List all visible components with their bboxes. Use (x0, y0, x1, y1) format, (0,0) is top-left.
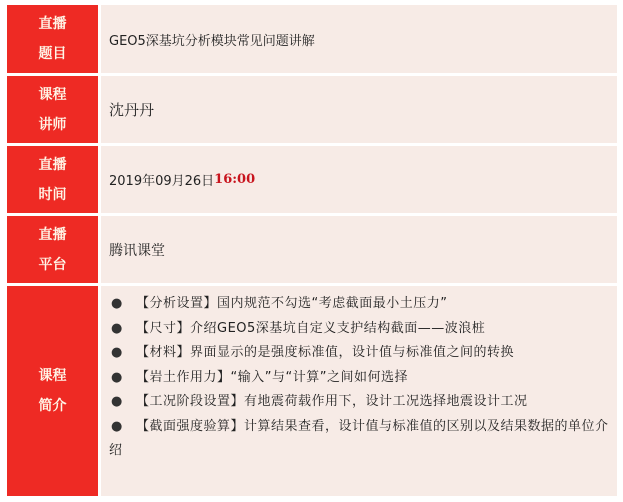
list-item: ●【尺寸】介绍GEO5深基坑自定义支护结构截面——波浪桩 (109, 317, 617, 342)
row-course-intro: 课程 简介 ●【分析设置】国内规范不勾选“考虑截面最小土压力” ●【尺寸】介绍G… (7, 286, 617, 496)
label-text: 简介 (39, 391, 67, 421)
live-date: 2019年09月26日 (109, 170, 214, 189)
row-live-platform: 直播 平台 腾讯课堂 (7, 216, 617, 283)
list-item: ●【分析设置】国内规范不勾选“考虑截面最小土压力” (109, 292, 617, 317)
label-live-topic: 直播 题目 (7, 5, 98, 73)
label-text: 时间 (39, 180, 67, 210)
label-live-platform: 直播 平台 (7, 216, 98, 283)
bullet-icon: ● (111, 341, 123, 366)
topic-text: GEO5深基坑分析模块常见问题讲解 (109, 30, 315, 49)
list-item: ●【岩土作用力】“输入”与“计算”之间如何选择 (109, 366, 617, 391)
row-live-topic: 直播 题目 GEO5深基坑分析模块常见问题讲解 (7, 5, 617, 73)
value-live-platform: 腾讯课堂 (101, 216, 617, 283)
live-time-highlight: 16:00 (214, 172, 255, 187)
list-item: ●【材料】界面显示的是强度标准值，设计值与标准值之间的转换 (109, 341, 617, 366)
label-text: 课程 (39, 361, 67, 391)
course-info-table: 直播 题目 GEO5深基坑分析模块常见问题讲解 课程 讲师 沈丹丹 直播 时间 … (7, 5, 617, 499)
label-text: 直播 (39, 150, 67, 180)
intro-list: ●【分析设置】国内规范不勾选“考虑截面最小土压力” ●【尺寸】介绍GEO5深基坑… (109, 292, 617, 464)
label-lecturer: 课程 讲师 (7, 76, 98, 143)
label-text: 课程 (39, 80, 67, 110)
list-item: ●【工况阶段设置】有地震荷载作用下，设计工况选择地震设计工况 (109, 390, 617, 415)
row-lecturer: 课程 讲师 沈丹丹 (7, 76, 617, 143)
label-course-intro: 课程 简介 (7, 286, 98, 496)
label-text: 平台 (39, 250, 67, 280)
bullet-icon: ● (111, 366, 123, 391)
list-item-wrap: 绍 (109, 439, 617, 464)
bullet-icon: ● (111, 415, 123, 440)
bullet-icon: ● (111, 390, 123, 415)
platform-name: 腾讯课堂 (109, 240, 165, 260)
label-text: 讲师 (39, 110, 67, 140)
value-live-topic: GEO5深基坑分析模块常见问题讲解 (101, 5, 617, 73)
list-item: ●【截面强度验算】计算结果查看，设计值与标准值的区别以及结果数据的单位介 (109, 415, 617, 440)
bullet-icon: ● (111, 292, 123, 317)
bullet-icon: ● (111, 317, 123, 342)
value-live-time: 2019年09月26日16:00 (101, 146, 617, 213)
label-text: 直播 (39, 220, 67, 250)
value-course-intro: ●【分析设置】国内规范不勾选“考虑截面最小土压力” ●【尺寸】介绍GEO5深基坑… (101, 286, 617, 496)
value-lecturer: 沈丹丹 (101, 76, 617, 143)
label-live-time: 直播 时间 (7, 146, 98, 213)
label-text: 直播 (39, 9, 67, 39)
lecturer-name: 沈丹丹 (109, 99, 154, 120)
row-live-time: 直播 时间 2019年09月26日16:00 (7, 146, 617, 213)
label-text: 题目 (39, 39, 67, 69)
